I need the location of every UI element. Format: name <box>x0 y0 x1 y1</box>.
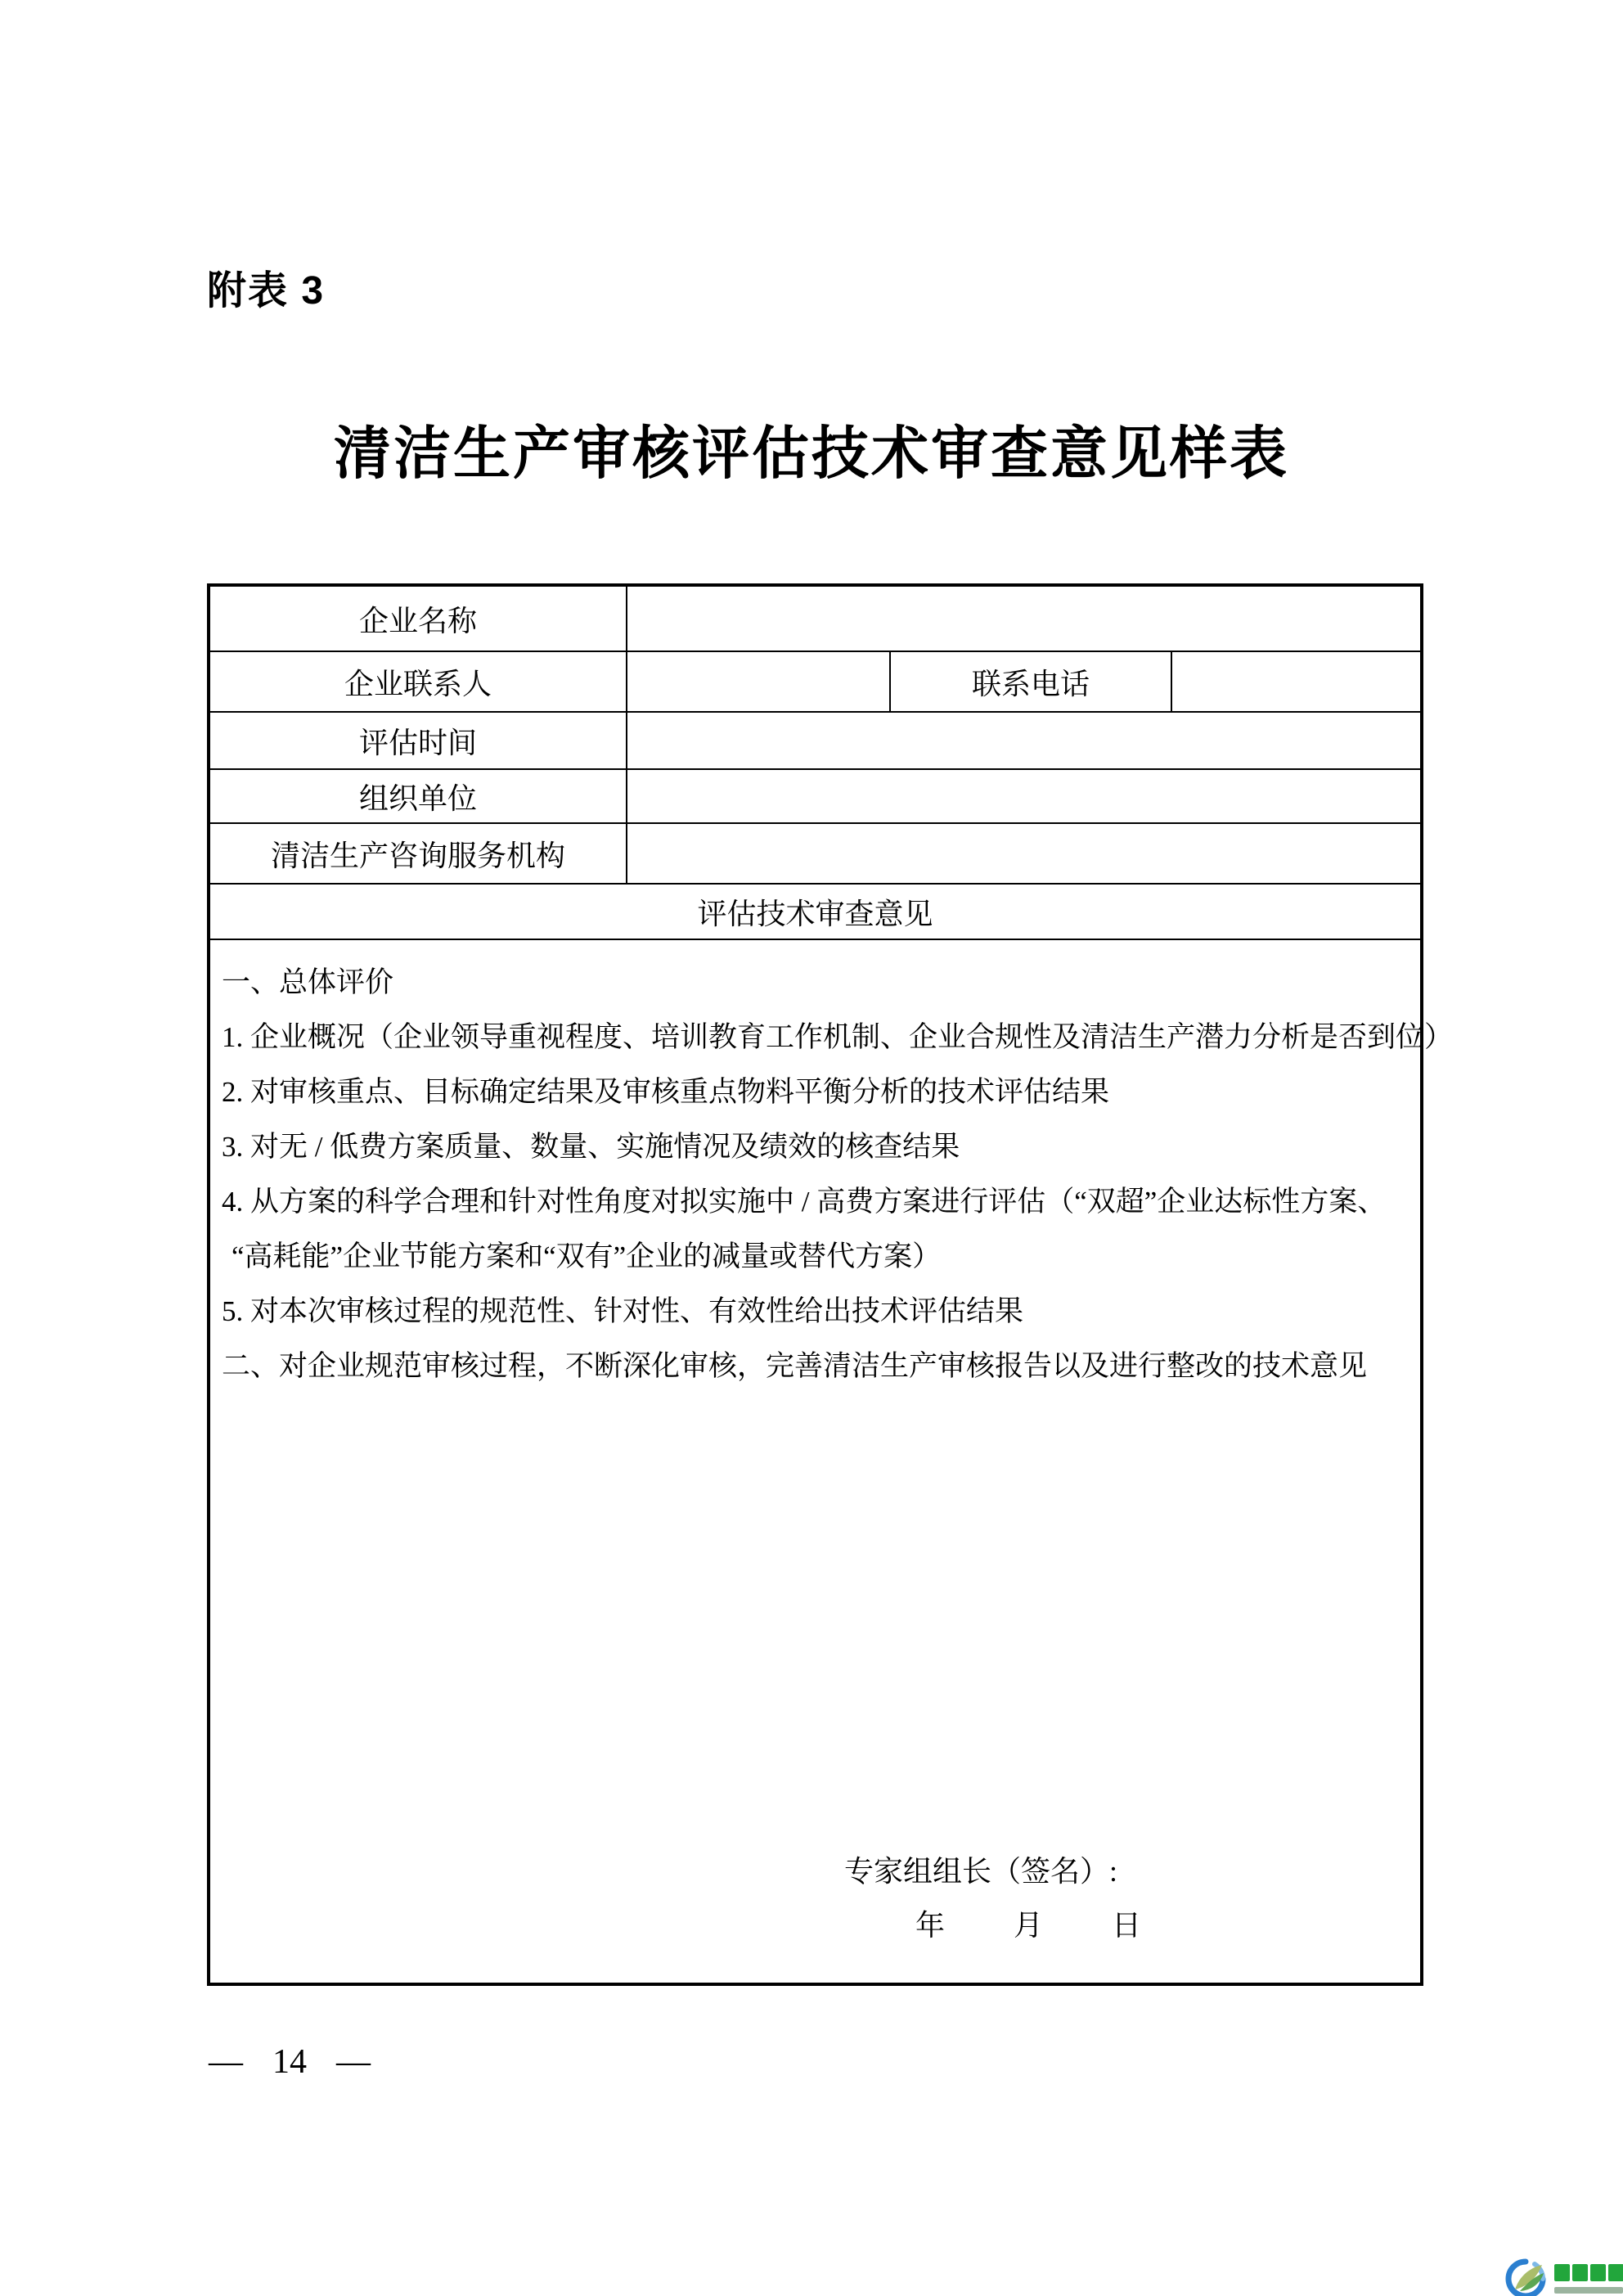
opinion-line: “高耗能”企业节能方案和“双有”企业的减量或替代方案） <box>222 1229 1409 1284</box>
section-header: 评估技术审查意见 <box>210 885 1420 939</box>
opinion-line: 2. 对审核重点、目标确定结果及审核重点物料平衡分析的技术评估结果 <box>222 1065 1409 1119</box>
row-assess-time: 评估时间 <box>210 713 1420 770</box>
row-consultancy: 清洁生产咨询服务机构 <box>210 824 1420 885</box>
footer-right-dash: — <box>336 2045 371 2079</box>
document-page: 附表 3 清洁生产审核评估技术审查意见样表 企业名称 企业联系人 联系电话 评估… <box>0 0 1623 2296</box>
input-cell-assess-time[interactable] <box>627 713 1420 768</box>
signature-label: 专家组组长（签名）: <box>844 1844 1117 1899</box>
page-title: 清洁生产审核评估技术审查意见样表 <box>0 407 1623 490</box>
opinion-line: 4. 从方案的科学合理和针对性角度对拟实施中 / 高费方案进行评估（“双超”企业… <box>222 1174 1409 1229</box>
opinion-line: 3. 对无 / 低费方案质量、数量、实施情况及绩效的核查结果 <box>222 1119 1409 1174</box>
footer-left-dash: — <box>209 2045 243 2079</box>
opinion-line: 5. 对本次审核过程的规范性、针对性、有效性给出技术评估结果 <box>222 1284 1409 1339</box>
field-label-contact-person: 企业联系人 <box>210 652 627 711</box>
row-contact: 企业联系人 联系电话 <box>210 652 1420 713</box>
opinion-line: 1. 企业概况（企业领导重视程度、培训教育工作机制、企业合规性及清洁生产潜力分析… <box>222 1010 1409 1065</box>
field-label-enterprise-name: 企业名称 <box>210 587 627 651</box>
eco-book-logo-icon <box>1504 2257 1623 2296</box>
opinion-body-cell[interactable]: 一、总体评价 1. 企业概况（企业领导重视程度、培训教育工作机制、企业合规性及清… <box>210 940 1420 1983</box>
opinion-line: 一、总体评价 <box>222 955 1409 1010</box>
row-section-header: 评估技术审查意见 <box>210 885 1420 940</box>
annex-label: 附表 3 <box>207 259 325 315</box>
opinion-line: 二、对企业规范审核过程，不断深化审核，完善清洁生产审核报告以及进行整改的技术意见 <box>222 1339 1409 1393</box>
input-cell-contact-person[interactable] <box>627 652 891 711</box>
field-label-assess-time: 评估时间 <box>210 713 627 768</box>
field-label-consultancy: 清洁生产咨询服务机构 <box>210 824 627 883</box>
row-enterprise-name: 企业名称 <box>210 587 1420 652</box>
row-organizer: 组织单位 <box>210 770 1420 824</box>
field-label-contact-phone: 联系电话 <box>891 652 1172 711</box>
field-label-organizer: 组织单位 <box>210 770 627 822</box>
signature-date-line: 年 月 日 <box>915 1898 1144 1953</box>
page-number: 14 <box>272 2042 307 2082</box>
review-form-table: 企业名称 企业联系人 联系电话 评估时间 组织单位 清洁生产咨询服务机构 评估技… <box>207 583 1423 1986</box>
page-footer: — 14 — <box>209 2042 371 2082</box>
input-cell-contact-phone[interactable] <box>1172 652 1420 711</box>
input-cell-enterprise-name[interactable] <box>627 587 1420 651</box>
input-cell-organizer[interactable] <box>627 770 1420 822</box>
input-cell-consultancy[interactable] <box>627 824 1420 883</box>
